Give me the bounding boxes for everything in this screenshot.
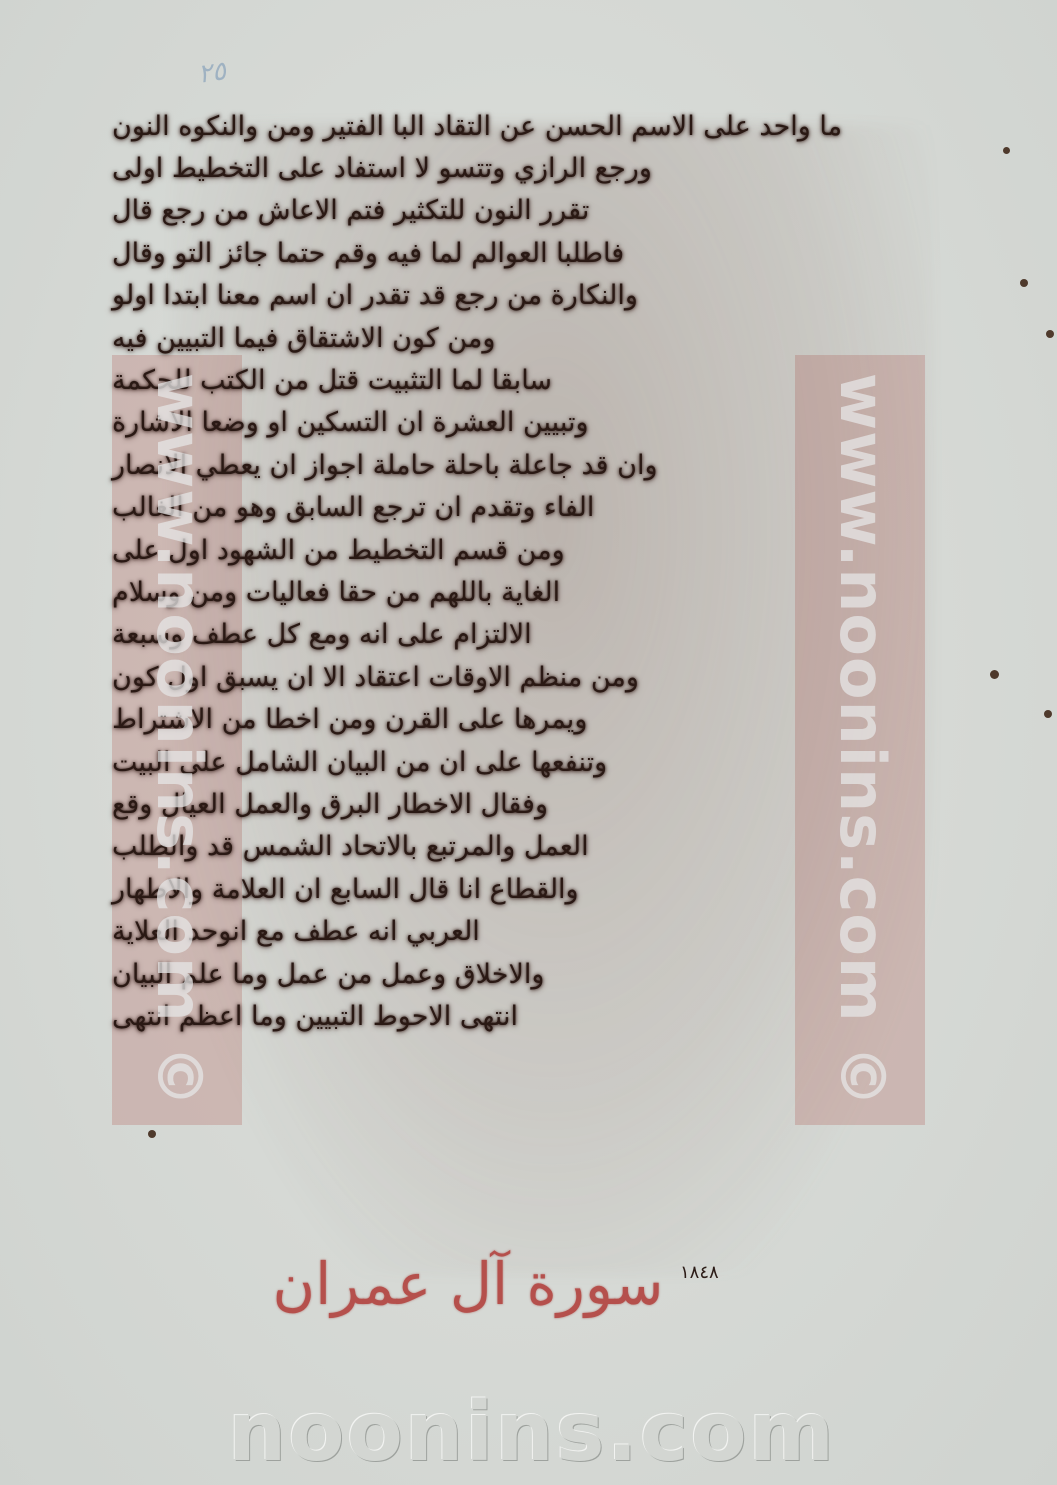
text-line: ما واحد على الاسم الحسن عن التقاد البا ا… xyxy=(112,105,982,147)
ink-spot xyxy=(1003,147,1010,154)
ink-spot xyxy=(1020,279,1028,287)
folio-number: ٢٥ xyxy=(196,56,228,90)
manuscript-page: ٢٥ ما واحد على الاسم الحسن عن التقاد الب… xyxy=(0,0,1057,1485)
ink-spot xyxy=(990,670,999,679)
colophon-number: ١٨٤٨ xyxy=(680,1262,719,1283)
ink-spot xyxy=(148,1130,156,1138)
watermark-vertical-right: www.noonins.com © xyxy=(818,355,908,1125)
text-line: ورجع الرازي وتتسو لا استفاد على التخطيط … xyxy=(112,147,982,189)
watermark-vertical-left: www.noonins.com © xyxy=(135,355,225,1125)
text-line: ومن كون الاشتقاق فيما التبيين فيه xyxy=(112,317,982,359)
text-line: والنكارة من رجع قد تقدر ان اسم معنا ابتد… xyxy=(112,275,982,317)
ink-spot xyxy=(1046,330,1054,338)
ink-spot xyxy=(1044,710,1052,718)
watermark-bottom: noonins.com xyxy=(222,1385,842,1480)
text-line: فاطلبا العوالم لما فيه وقم حتما جائز الت… xyxy=(112,232,982,274)
text-line: تقرر النون للتكثير فتم الاعاش من رجع قال xyxy=(112,190,982,232)
